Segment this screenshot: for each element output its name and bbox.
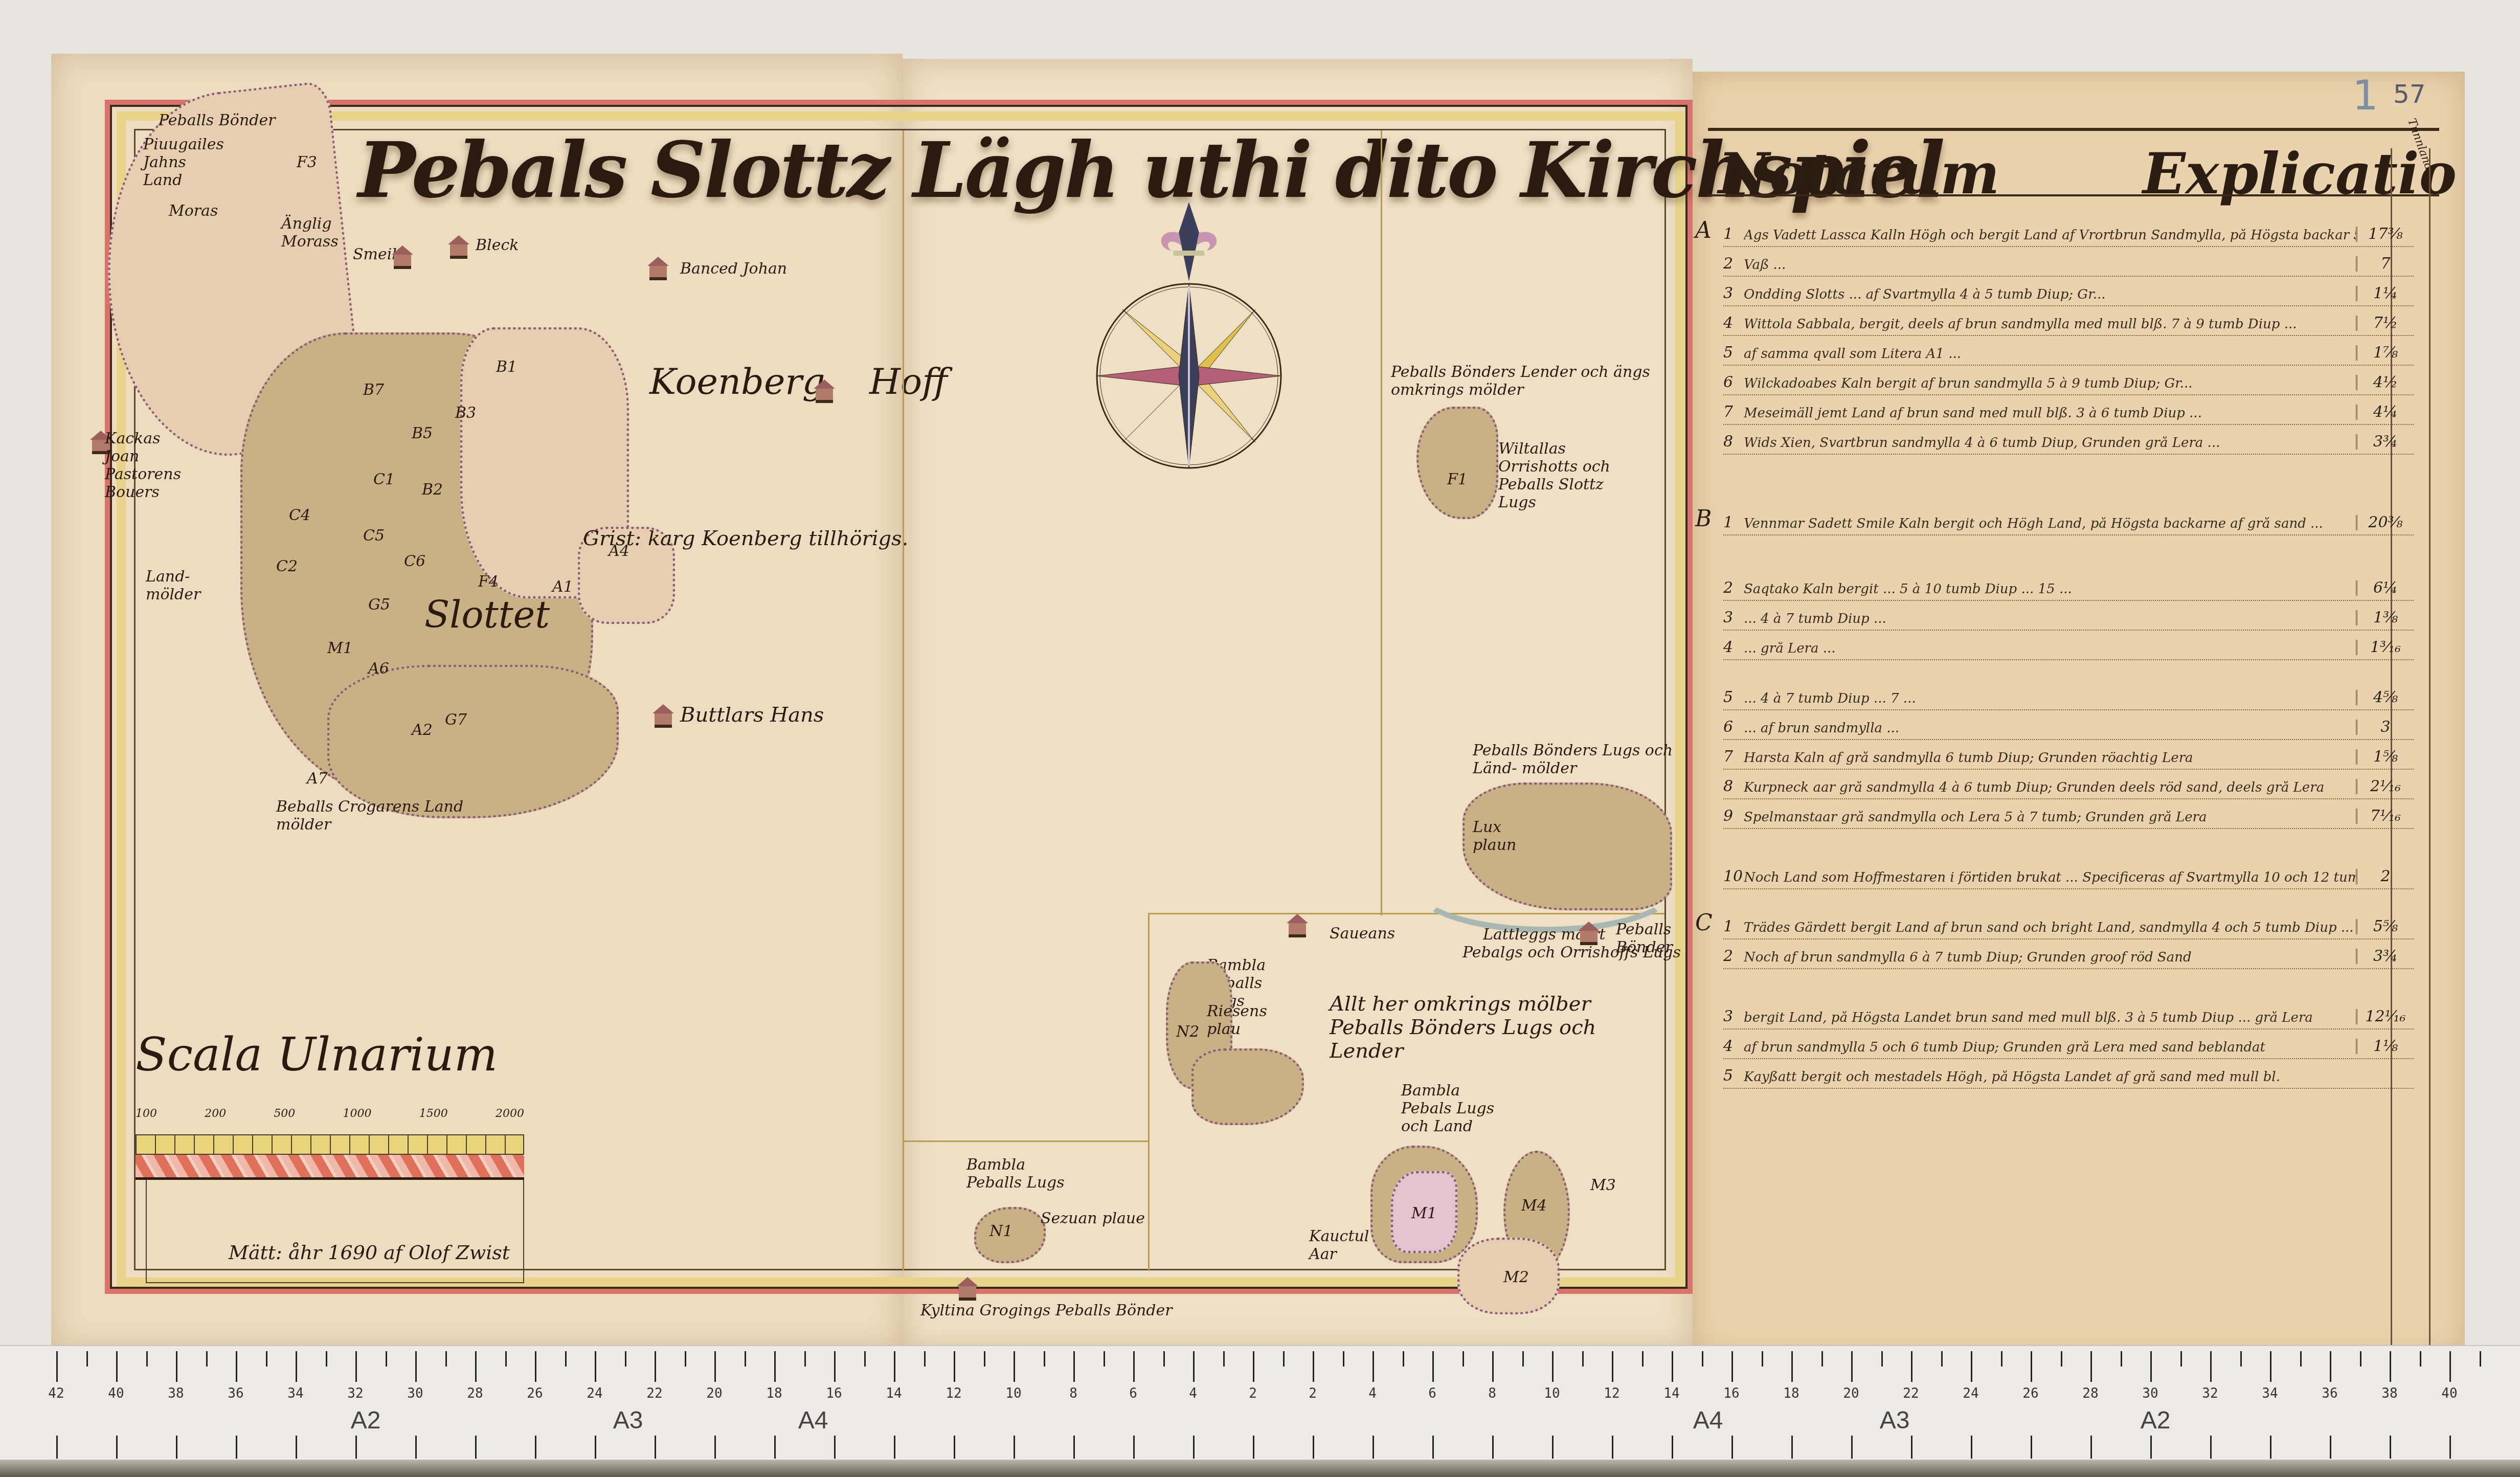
explicatio-row: 5Kayßatt bergit och mestadels Högh, på H… <box>1723 1059 2414 1089</box>
entry-area: 2 <box>2356 869 2414 884</box>
ruler-tick-label: 36 <box>228 1386 243 1401</box>
ruler-tick <box>355 1351 357 1382</box>
parcel-code: B2 <box>422 481 443 499</box>
ruler-tick-minor <box>745 1351 746 1367</box>
explicatio-row: 4... grå Lera ...1³⁄₁₆ <box>1723 631 2414 660</box>
parcel-code: A1 <box>552 578 573 596</box>
place-label: Peballs Bönders Lugs och Länd- mölder <box>1473 742 1677 777</box>
ruler-tick-minor <box>2001 1351 2002 1367</box>
explicatio-row: 8Kurpneck aar grå sandmylla 4 à 6 tumb D… <box>1723 770 2414 799</box>
paper-size-marker: A2 <box>2141 1406 2171 1435</box>
ruler-tick <box>1731 1436 1733 1459</box>
ruler-tick-minor <box>1283 1351 1285 1367</box>
ruler-tick <box>1193 1436 1195 1459</box>
entry-text: Noch af brun sandmylla 6 à 7 tumb Diup; … <box>1744 951 2356 964</box>
parcel-code: C4 <box>289 506 310 524</box>
ruler-tick <box>1731 1351 1733 1382</box>
ruler-tick-minor <box>1941 1351 1943 1367</box>
ruler-tick-label: 26 <box>2022 1386 2038 1401</box>
ruler-tick <box>116 1436 118 1459</box>
entry-area: 7½ <box>2356 316 2414 331</box>
entry-number: 1 <box>1723 227 1744 242</box>
ruler-tick-minor <box>2061 1351 2062 1367</box>
farmhouse-icon <box>1580 931 1597 945</box>
ruler-tick <box>655 1436 656 1459</box>
ruler-tick <box>236 1436 237 1459</box>
explicatio-row: 2Saqtako Kaln bergit ... 5 à 10 tumb Diu… <box>1723 535 2414 601</box>
ruler-tick-minor <box>86 1351 88 1367</box>
entry-text: ... 4 à 7 tumb Diup ... <box>1744 612 2356 625</box>
ruler-tick <box>1313 1351 1314 1382</box>
place-label: Sezuan plaue <box>1041 1210 1145 1227</box>
explicatio-row: 2Noch af brun sandmylla 6 à 7 tumb Diup;… <box>1723 939 2414 969</box>
ruler-tick <box>1851 1351 1853 1382</box>
parcel-code: A7 <box>307 770 328 788</box>
header-rule <box>1708 194 2439 196</box>
parcel-code: C2 <box>276 557 298 575</box>
ruler-tick-label: 14 <box>1663 1386 1679 1401</box>
ruler-tick-minor <box>2240 1351 2242 1367</box>
ruler-tick <box>1612 1351 1613 1382</box>
ruler-tick-minor <box>445 1351 447 1367</box>
ruler-tick <box>1432 1436 1434 1459</box>
ruler-tick <box>2031 1436 2032 1459</box>
entry-number: 7 <box>1723 405 1744 420</box>
ruler-tick <box>415 1351 417 1382</box>
place-label: Peballs Bönder <box>159 111 276 129</box>
column-rule <box>2429 148 2431 1345</box>
parcel-code: G7 <box>445 711 467 729</box>
ruler-tick-minor <box>1762 1351 1763 1367</box>
ruler-tick-label: 38 <box>2381 1386 2397 1401</box>
ruler-tick-minor <box>2420 1351 2421 1367</box>
ruler-tick <box>1492 1436 1494 1459</box>
ruler-tick-minor <box>565 1351 567 1367</box>
entry-area: 2⅟₁₆ <box>2356 779 2414 794</box>
place-label: Riesens plau <box>1207 1002 1253 1038</box>
section-letter: A <box>1695 219 1712 242</box>
ruler-tick-label: 18 <box>766 1386 782 1401</box>
entry-area: 17⅜ <box>2356 227 2414 242</box>
ruler-tick-label: 28 <box>467 1386 483 1401</box>
entry-text: Spelmanstaar grå sandmylla och Lera 5 à … <box>1744 811 2356 824</box>
ruler-tick <box>1372 1436 1374 1459</box>
farmhouse-icon <box>450 244 467 259</box>
ruler-tick-label: 16 <box>826 1386 842 1401</box>
ruler-tick-label: 36 <box>2322 1386 2337 1401</box>
ruler-tick <box>2090 1436 2092 1459</box>
ruler-tick-label: 32 <box>347 1386 363 1401</box>
ruler-tick-minor <box>326 1351 327 1367</box>
ruler-tick <box>1014 1351 1015 1382</box>
parcel-code: M3 <box>1590 1176 1616 1194</box>
ruler-tick-minor <box>804 1351 806 1367</box>
place-label: Kackas Joan Pastorens Bouers <box>105 430 182 501</box>
ruler-tick-label: 32 <box>2202 1386 2218 1401</box>
ruler-tick <box>1133 1351 1135 1382</box>
ruler-tick-label: 6 <box>1129 1386 1137 1401</box>
river <box>1411 839 1679 933</box>
ruler-tick <box>415 1436 417 1459</box>
entry-area: 7 <box>2356 256 2414 272</box>
entry-number: 10 <box>1723 869 1744 884</box>
section-letter: B <box>1695 508 1712 530</box>
paper-size-marker: A4 <box>1693 1406 1723 1435</box>
inset-divider <box>1148 913 1150 1271</box>
estate-south-area <box>327 665 619 818</box>
entry-text: Harsta Kaln af grå sandmylla 6 tumb Diup… <box>1744 751 2356 765</box>
entry-text: ... grå Lera ... <box>1744 642 2356 655</box>
entry-text: Meseimäll jemt Land af brun sand med mul… <box>1744 407 2356 420</box>
ruler-tick-minor <box>1403 1351 1404 1367</box>
ruler-tick-minor <box>685 1351 686 1367</box>
ruler-tick-label: 18 <box>1783 1386 1799 1401</box>
ruler-tick-label: 24 <box>587 1386 602 1401</box>
ruler-edge <box>0 1460 2520 1477</box>
ruler-tick <box>2390 1436 2391 1459</box>
parcel-code: M1 <box>1411 1204 1437 1222</box>
ruler-tick <box>1791 1351 1793 1382</box>
parcel-code: F1 <box>1447 471 1468 488</box>
ruler-tick-label: 24 <box>1963 1386 1978 1401</box>
parcel-code: M1 <box>327 639 353 657</box>
ruler-tick-label: 26 <box>527 1386 543 1401</box>
pencil-folio-mark: 1 <box>2352 72 2378 119</box>
ruler-tick-label: 12 <box>946 1386 961 1401</box>
entry-number: 2 <box>1723 256 1744 272</box>
ruler-tick-label: 40 <box>2441 1386 2457 1401</box>
ruler-tick <box>56 1351 58 1382</box>
entry-area: 4½ <box>2356 375 2414 390</box>
ruler-tick-label: 28 <box>2082 1386 2098 1401</box>
header-rule <box>1708 128 2439 131</box>
ruler-tick-minor <box>1522 1351 1524 1367</box>
paper-size-marker: A3 <box>613 1406 643 1435</box>
entry-text: Wilckadoabes Kaln bergit af brun sandmyl… <box>1744 377 2356 390</box>
ruler-tick <box>1612 1436 1613 1459</box>
ruler-tick <box>894 1351 895 1382</box>
meadow-n2b <box>1191 1048 1304 1125</box>
farmhouse-icon <box>816 389 833 403</box>
parcel-code: G5 <box>368 596 390 614</box>
parcel-code: B5 <box>412 424 433 442</box>
ruler-tick-minor <box>1642 1351 1644 1367</box>
explicatio-row: 2Vaß ...7 <box>1723 247 2414 277</box>
inset-divider <box>903 1140 1148 1142</box>
entry-area: 12⅟₁₆ <box>2356 1009 2414 1024</box>
ruler-tick <box>1911 1436 1912 1459</box>
place-label-castle: Slottet <box>424 593 550 636</box>
place-label: Peballs Bönders Lender och ängs omkrings… <box>1391 363 1698 399</box>
explicatio-row: 4Wittola Sabbala, bergit, deels af brun … <box>1723 306 2414 336</box>
ruler-tick <box>2150 1351 2152 1382</box>
entry-text: Vaß ... <box>1744 258 2356 272</box>
fleur-de-lis-north-icon <box>1153 202 1225 284</box>
ruler-tick <box>2210 1436 2212 1459</box>
ruler-tick-minor <box>2121 1351 2122 1367</box>
entry-number: 5 <box>1723 345 1744 361</box>
explicatio-row: 5... 4 à 7 tumb Diup ... 7 ...4⅝ <box>1723 660 2414 710</box>
entry-number: 6 <box>1723 720 1744 735</box>
ruler-tick-label: 40 <box>108 1386 124 1401</box>
ruler-tick-minor <box>1881 1351 1883 1367</box>
paper-size-marker: A2 <box>351 1406 381 1435</box>
place-label: Grist: karg Koenberg tillhörigs. <box>583 527 908 550</box>
scale-tick: 1000 <box>343 1107 372 1120</box>
explicatio-row: 10Noch Land som Hoffmestaren i förtiden … <box>1723 829 2414 889</box>
ruler-tick-minor <box>1582 1351 1584 1367</box>
ruler-tick-minor <box>864 1351 866 1367</box>
parcel-code: F3 <box>297 153 317 171</box>
section-letter: C <box>1695 912 1713 934</box>
ruler-tick-label: 4 <box>1368 1386 1377 1401</box>
ruler-tick <box>2449 1351 2451 1382</box>
ruler-tick <box>2449 1436 2451 1459</box>
parcel-code: B7 <box>363 381 384 399</box>
ruler-tick-label: 10 <box>1544 1386 1560 1401</box>
ruler-tick-minor <box>984 1351 985 1367</box>
compass-rose-icon <box>1092 279 1286 473</box>
ruler-tick <box>714 1436 716 1459</box>
entry-text: Ägs Vadett Lassca Kalln Högh och bergit … <box>1744 229 2356 242</box>
entry-text: Kayßatt bergit och mestadels Högh, på Hö… <box>1744 1070 2356 1084</box>
paper-size-marker: A4 <box>798 1406 828 1435</box>
ruler-tick <box>1971 1436 1972 1459</box>
ruler-tick-label: 20 <box>706 1386 722 1401</box>
ruler-tick <box>1492 1351 1494 1382</box>
ruler-tick-minor <box>1821 1351 1823 1367</box>
entry-text: af samma qvall som Litera A1 ... <box>1744 347 2356 361</box>
ruler-tick <box>1552 1436 1554 1459</box>
ruler-tick-label: 20 <box>1843 1386 1859 1401</box>
place-label: Bambla Pebals Lugs och Land <box>1401 1082 1514 1135</box>
ruler-tick-label: 22 <box>646 1386 662 1401</box>
explicatio-header-notarum: Notarum <box>1718 141 1999 207</box>
entry-text: bergit Land, på Högsta Landet brun sand … <box>1744 1011 2356 1024</box>
farmhouse-icon <box>649 266 667 280</box>
ruler-tick <box>296 1351 297 1382</box>
ruler-tick-minor <box>924 1351 926 1367</box>
parcel-code: N2 <box>1176 1023 1199 1041</box>
entry-number: 6 <box>1723 375 1744 390</box>
parcel-code: A6 <box>368 660 389 678</box>
pencil-folio-mark: 57 <box>2393 79 2426 109</box>
ruler-tick-minor <box>505 1351 507 1367</box>
parcel-code: C5 <box>363 527 385 545</box>
ruler-tick-label: 30 <box>407 1386 423 1401</box>
surveyor-signature: Mätt: åhr 1690 af Olof Zwist <box>229 1241 510 1264</box>
place-label: Koenberg <box>649 361 825 402</box>
explicatio-row: 6... af brun sandmylla ...3 <box>1723 710 2414 740</box>
ruler-tick <box>1253 1436 1254 1459</box>
explicatio-row: B1Vennmar Sadett Smile Kaln bergit och H… <box>1723 455 2414 535</box>
entry-area: 4¼ <box>2356 405 2414 420</box>
ruler-tick <box>1073 1436 1075 1459</box>
parcel-code: B1 <box>496 358 517 376</box>
place-label: Bleck <box>476 236 519 254</box>
ruler-tick <box>1253 1351 1254 1382</box>
ruler-tick-minor <box>146 1351 148 1367</box>
scale-bar: 100 200 500 1000 1500 2000 Mätt: åhr 169… <box>136 1107 524 1283</box>
ruler-tick <box>1432 1351 1434 1382</box>
inset-divider <box>903 130 904 1271</box>
entry-text: Ondding Slotts ... af Svartmylla 4 à 5 t… <box>1744 288 2356 301</box>
scale-cartouche: Mätt: åhr 1690 af Olof Zwist <box>146 1180 524 1283</box>
place-label: Wiltallas Orrishotts och Peballs Slottz … <box>1498 440 1626 511</box>
ruler-tick <box>236 1351 237 1382</box>
ruler-tick-minor <box>1343 1351 1344 1367</box>
ruler-tick-minor <box>2480 1351 2481 1367</box>
ruler-tick <box>1372 1351 1374 1382</box>
ruler-tick-label: 6 <box>1428 1386 1436 1401</box>
ruler-tick <box>1971 1351 1972 1382</box>
scale-tick: 500 <box>274 1107 295 1120</box>
place-label: Hoff <box>869 361 948 402</box>
ruler-tick <box>2270 1436 2271 1459</box>
explicatio-row: 8Wids Xien, Svartbrun sandmylla 4 à 6 tu… <box>1723 425 2414 455</box>
entry-number: 8 <box>1723 779 1744 794</box>
ruler-tick-label: 22 <box>1903 1386 1919 1401</box>
ruler-tick <box>1672 1351 1673 1382</box>
ruler-tick <box>774 1351 776 1382</box>
entry-area: 7⅟₁₆ <box>2356 809 2414 824</box>
ruler-tick <box>2150 1436 2152 1459</box>
ruler-tick-minor <box>625 1351 626 1367</box>
ruler-tick-minor <box>1163 1351 1165 1367</box>
place-label: Buttlars Hans <box>680 703 824 727</box>
paper-size-marker: A3 <box>1880 1406 1910 1435</box>
ruler-tick <box>894 1436 895 1459</box>
explicatio-row: 3... 4 à 7 tumb Diup ...1⅜ <box>1723 601 2414 631</box>
scale-ticks: 100 200 500 1000 1500 2000 <box>136 1107 524 1120</box>
entry-text: ... af brun sandmylla ... <box>1744 722 2356 735</box>
entry-text: Noch Land som Hoffmestaren i förtiden br… <box>1744 871 2356 884</box>
entry-number: 5 <box>1723 690 1744 705</box>
entry-number: 1 <box>1723 515 1744 530</box>
ruler-tick <box>535 1351 536 1382</box>
entry-area: 3¾ <box>2356 434 2414 450</box>
place-label: Banced Johan <box>680 260 787 278</box>
entry-text: Wittola Sabbala, bergit, deels af brun s… <box>1744 318 2356 331</box>
place-label: Lux plaun <box>1473 818 1519 854</box>
ruler-tick <box>2390 1351 2391 1382</box>
place-label: Bambla Peballs Lugs <box>966 1156 1069 1192</box>
ruler-tick <box>355 1436 357 1459</box>
explicatio-row: 7Meseimäll jemt Land af brun sand med mu… <box>1723 395 2414 425</box>
entry-number: 3 <box>1723 610 1744 625</box>
ruler-tick <box>2270 1351 2271 1382</box>
explicatio-row: C1Trädes Gärdett bergit Land af brun san… <box>1723 889 2414 939</box>
ruler-tick-label: 34 <box>2262 1386 2278 1401</box>
ruler-tick <box>535 1436 536 1459</box>
place-label: Allt her omkrings mölber Peballs Bönders… <box>1330 992 1657 1063</box>
place-label: Moras <box>169 202 218 220</box>
entry-number: 2 <box>1723 949 1744 964</box>
ruler-tick <box>714 1351 716 1382</box>
entry-text: Kurpneck aar grå sandmylla 4 à 6 tumb Di… <box>1744 781 2356 794</box>
entry-text: Saqtako Kaln bergit ... 5 à 10 tumb Diup… <box>1744 583 2356 596</box>
ruler-tick <box>2330 1436 2331 1459</box>
explicatio-row: 7Harsta Kaln af grå sandmylla 6 tumb Diu… <box>1723 740 2414 770</box>
ruler-tick <box>954 1351 955 1382</box>
ruler-tick-label: 10 <box>1005 1386 1021 1401</box>
explicatio-entries: A1Ägs Vadett Lassca Kalln Högh och bergi… <box>1723 217 2414 1089</box>
ruler-tick <box>834 1351 836 1382</box>
ruler-tick-minor <box>386 1351 387 1367</box>
ruler-tick-label: 14 <box>886 1386 902 1401</box>
farmhouse-icon <box>655 713 672 728</box>
entry-number: 7 <box>1723 749 1744 765</box>
entry-area: 3¾ <box>2356 949 2414 964</box>
ruler-tick <box>56 1436 58 1459</box>
ruler-tick-minor <box>2180 1351 2182 1367</box>
entry-area: 20⅜ <box>2356 515 2414 530</box>
ruler-tick <box>1193 1351 1195 1382</box>
entry-text: Vennmar Sadett Smile Kaln bergit och Hög… <box>1744 517 2356 530</box>
parcel-code: C6 <box>404 552 425 570</box>
place-label: Smeil <box>353 245 397 263</box>
inset-divider <box>1381 130 1382 915</box>
farmhouse-icon <box>1289 923 1306 937</box>
ruler-tick-label: 30 <box>2142 1386 2158 1401</box>
entry-number: 4 <box>1723 1039 1744 1054</box>
scale-title: Scala Ulnarium <box>136 1028 498 1082</box>
ruler-tick <box>1851 1436 1853 1459</box>
parcel-code: M4 <box>1521 1197 1547 1215</box>
ruler-tick <box>1911 1351 1912 1382</box>
entry-area: 5⅝ <box>2356 919 2414 934</box>
ruler-tick-minor <box>1702 1351 1703 1367</box>
ruler-tick-label: 34 <box>287 1386 303 1401</box>
parcel-code: M2 <box>1503 1268 1529 1286</box>
entry-number: 1 <box>1723 919 1744 934</box>
ruler-tick <box>1133 1436 1135 1459</box>
ruler-tick-minor <box>1044 1351 1045 1367</box>
ruler-tick <box>176 1351 177 1382</box>
explicatio-row: 3Ondding Slotts ... af Svartmylla 4 à 5 … <box>1723 277 2414 306</box>
entry-area: 1⅜ <box>2356 610 2414 625</box>
entry-number: 9 <box>1723 809 1744 824</box>
entry-number: 3 <box>1723 1009 1744 1024</box>
ruler-tick-label: 8 <box>1488 1386 1496 1401</box>
entry-number: 8 <box>1723 434 1744 450</box>
ruler-tick-minor <box>2360 1351 2361 1367</box>
parcel-code: B3 <box>455 404 476 422</box>
place-label: Kyltina Grogings Peballs Bönder <box>920 1302 1173 1319</box>
explicatio-table: Notarum Explicatio Tunnland A1Ägs Vadett… <box>1693 118 2460 1345</box>
parcel-code: N1 <box>989 1222 1012 1240</box>
ruler-tick <box>116 1351 118 1382</box>
ruler-tick <box>954 1436 955 1459</box>
parcel-code: A2 <box>412 721 433 739</box>
ruler-tick-minor <box>266 1351 267 1367</box>
entry-area: 1⅝ <box>2356 749 2414 765</box>
scale-tick: 100 <box>136 1107 157 1120</box>
farmhouse-icon <box>959 1286 976 1301</box>
explicatio-row: 9Spelmanstaar grå sandmylla och Lera 5 à… <box>1723 799 2414 829</box>
explicatio-row: 5af samma qvall som Litera A1 ...1⅞ <box>1723 336 2414 366</box>
ruler-tick <box>1073 1351 1075 1382</box>
entry-area: 1⅛ <box>2356 1039 2414 1054</box>
entry-number: 4 <box>1723 316 1744 331</box>
entry-area: 1¼ <box>2356 286 2414 301</box>
entry-area: 1⅞ <box>2356 345 2414 361</box>
entry-area: 4⅝ <box>2356 690 2414 705</box>
place-label: Land- mölder <box>146 568 192 603</box>
explicatio-header-explicatio: Explicatio <box>2143 141 2457 207</box>
entry-area: 1³⁄₁₆ <box>2356 640 2414 655</box>
scale-tick: 200 <box>205 1107 226 1120</box>
